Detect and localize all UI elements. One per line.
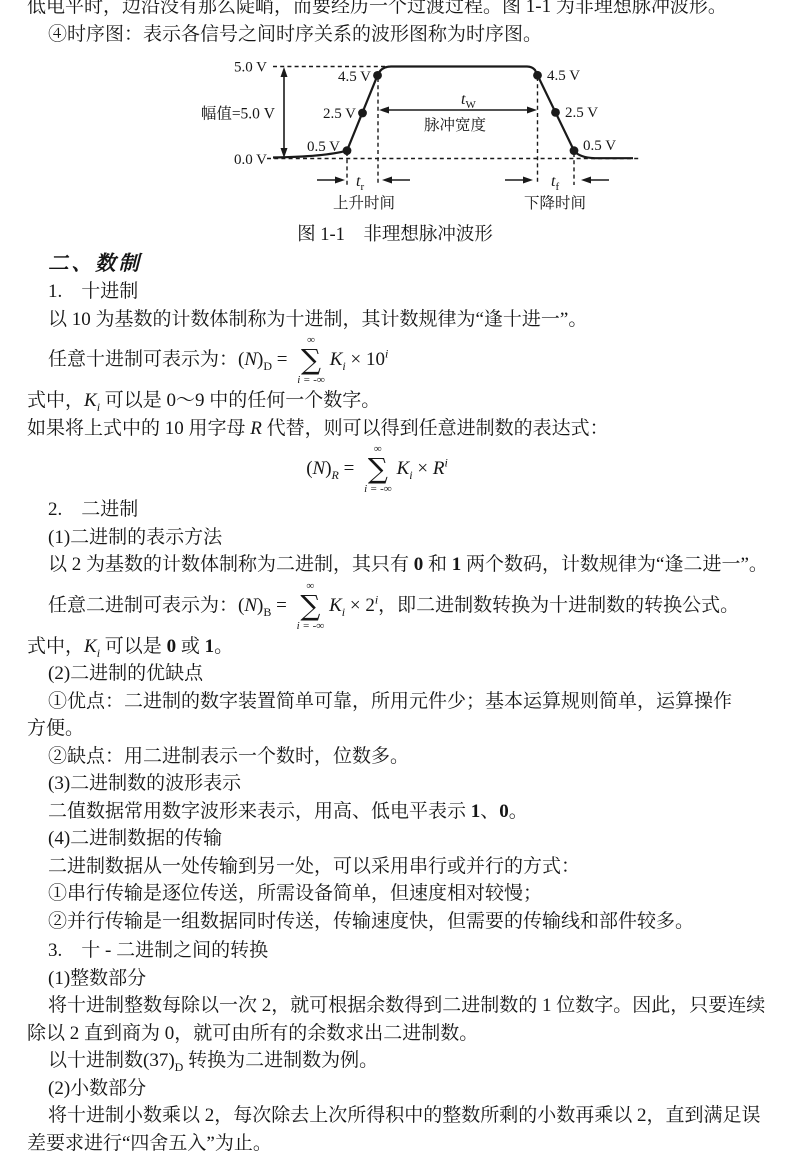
text-fragment: 以 2 为基数的计数体制称为二进制，其只有 bbox=[48, 554, 414, 575]
para-ki-range: 式中，Ki 可以是 0～9 中的任何一个数字。 bbox=[27, 387, 763, 415]
text-fragment: 式中， bbox=[27, 636, 84, 657]
text-fragment: 。 bbox=[509, 801, 528, 822]
sigma-stack: ∞∑i = -∞ bbox=[364, 444, 391, 495]
heading-binary-pros-cons: (2)二进制的优缺点 bbox=[27, 660, 763, 688]
equals-sign: = bbox=[272, 349, 292, 370]
text-fragment: 如果将上式中的 10 用字母 bbox=[27, 418, 250, 439]
sigma-lower-limit: i = -∞ bbox=[364, 483, 391, 495]
fall-dot-45 bbox=[533, 71, 542, 80]
formula-binary: (N)B = ∞∑i = -∞Ki × 2i bbox=[238, 595, 378, 616]
symbol-n: N bbox=[313, 458, 326, 479]
formula-general-line: (N)R = ∞∑i = -∞Ki × Ri bbox=[9, 442, 745, 496]
label-pulse-width: 脉冲宽度 bbox=[424, 116, 486, 134]
rise-dot-45 bbox=[373, 71, 382, 80]
sigma-symbol: ∑ bbox=[368, 455, 388, 483]
para-timing-diagram: ④时序图：表示各信号之间时序关系的波形图称为时序图。 bbox=[27, 21, 763, 49]
para-transmission-intro: 二进制数据从一处传输到另一处，可以采用串行或并行的方式： bbox=[27, 853, 763, 881]
label-tf: tf bbox=[551, 173, 559, 193]
fall-time-arrowhead-right bbox=[581, 177, 591, 184]
para-fraction-2: 差要求进行“四舍五入”为止。 bbox=[27, 1130, 763, 1158]
para-fraction-1: 将十进制小数乘以 2，每次除去上次所得积中的整数所剩的小数再乘以 2，直到满足误 bbox=[27, 1102, 763, 1130]
pulse-width-arrowhead-right bbox=[527, 107, 537, 114]
subscript-base: R bbox=[332, 468, 339, 482]
exponent-i: i bbox=[444, 456, 447, 470]
label-rise-05: 0.5 V bbox=[307, 139, 340, 155]
symbol-n: N bbox=[244, 595, 257, 616]
para-ki-binary: 式中，Ki 可以是 0 或 1。 bbox=[27, 633, 763, 661]
text-fragment: 代替，则可以得到任意进制数的表达式： bbox=[262, 418, 609, 439]
equals-sign: = bbox=[271, 595, 291, 616]
para-advantage-line2: 方便。 bbox=[27, 715, 763, 743]
bold-one: 1 bbox=[471, 801, 481, 822]
text-fragment: 转换为二进制数为例。 bbox=[183, 1050, 378, 1071]
symbol-k: K bbox=[84, 636, 97, 657]
subscript-base: D bbox=[263, 359, 272, 373]
formula-decimal: (N)D = ∞∑i = -∞Ki × 10i bbox=[238, 349, 388, 370]
label-fall-time: 下降时间 bbox=[524, 194, 586, 212]
text-fragment: 可以是 0～9 中的任何一个数字。 bbox=[100, 390, 380, 411]
label-fall-25: 2.5 V bbox=[565, 105, 598, 121]
text-fragment: 、 bbox=[480, 801, 499, 822]
symbol-r: R bbox=[250, 418, 262, 439]
formula-binary-suffix: ，即二进制数转换为十进制数的转换公式。 bbox=[378, 595, 739, 616]
sigma-lower-limit: i = -∞ bbox=[297, 620, 324, 632]
text-fragment: 。 bbox=[214, 636, 233, 657]
symbol-k: K bbox=[329, 595, 342, 616]
heading-binary-representation: (1)二进制的表示方法 bbox=[27, 524, 763, 552]
heading-integer-part: (1)整数部分 bbox=[27, 965, 763, 993]
heading-binary-waveform: (3)二进制数的波形表示 bbox=[27, 770, 763, 798]
sigma-stack: ∞∑i = -∞ bbox=[297, 581, 324, 632]
para-integer-1: 将十进制整数每除以一次 2，就可根据余数得到二进制数的 1 位数字。因此，只要连… bbox=[27, 992, 763, 1020]
heading-conversion: 3. 十 - 二进制之间的转换 bbox=[27, 937, 763, 965]
para-binary-waveform: 二值数据常用数字波形来表示，用高、低电平表示 1、0。 bbox=[27, 798, 763, 826]
radix-base: 2 bbox=[365, 595, 375, 616]
fall-dot-25 bbox=[551, 108, 560, 117]
label-rise-time: 上升时间 bbox=[333, 194, 395, 212]
equals-sign: = bbox=[339, 458, 359, 479]
fall-time-arrowhead-left bbox=[523, 177, 533, 184]
label-rise-25: 2.5 V bbox=[323, 106, 356, 122]
radix-base: 10 bbox=[366, 349, 385, 370]
symbol-n: N bbox=[244, 349, 257, 370]
text-fragment: 或 bbox=[176, 636, 205, 657]
label-rise-45: 4.5 V bbox=[338, 69, 371, 85]
waveform-diagram: 5.0 V 0.0 V 幅值=5.0 V 4.5 V 2.5 V 0.5 V 4… bbox=[27, 54, 790, 216]
para-replace-r: 如果将上式中的 10 用字母 R 代替，则可以得到任意进制数的表达式： bbox=[27, 415, 763, 443]
heading-binary: 2. 二进制 bbox=[27, 496, 763, 524]
text-fragment: 和 bbox=[423, 554, 452, 575]
label-fall-05: 0.5 V bbox=[583, 138, 616, 154]
symbol-k: K bbox=[330, 349, 343, 370]
figure-waveform: 5.0 V 0.0 V 幅值=5.0 V 4.5 V 2.5 V 0.5 V 4… bbox=[27, 54, 763, 216]
sigma-symbol: ∑ bbox=[300, 592, 320, 620]
para-binary-intro: 以 2 为基数的计数体制称为二进制，其只有 0 和 1 两个数码，计数规律为“逢… bbox=[27, 551, 763, 579]
text-fragment: 二值数据常用数字波形来表示，用高、低电平表示 bbox=[48, 801, 471, 822]
heading-fraction-part: (2)小数部分 bbox=[27, 1075, 763, 1103]
radix-base: R bbox=[433, 458, 445, 479]
formula-general: (N)R = ∞∑i = -∞Ki × Ri bbox=[306, 458, 448, 479]
label-tw: tW bbox=[461, 91, 476, 111]
symbol-k: K bbox=[397, 458, 410, 479]
heading-binary-transmission: (4)二进制数据的传输 bbox=[27, 825, 763, 853]
rise-dot-05 bbox=[343, 146, 352, 155]
sigma-lower-limit: i = -∞ bbox=[297, 374, 324, 386]
text-fragment: 以十进制数(37) bbox=[48, 1050, 175, 1071]
symbol-k: K bbox=[84, 390, 97, 411]
rise-dot-25 bbox=[358, 109, 367, 118]
formula-decimal-line: 任意十进制可表示为：(N)D = ∞∑i = -∞Ki × 10i bbox=[27, 333, 763, 387]
para-advantage-line1: ①优点：二进制的数字装置简单可靠，所用元件少；基本运算规则简单，运算操作 bbox=[27, 688, 763, 716]
heading-decimal: 1. 十进制 bbox=[27, 278, 763, 306]
para-serial: ①串行传输是逐位传送，所需设备简单，但速度相对较慢； bbox=[27, 880, 763, 908]
text-fragment: 式中， bbox=[27, 390, 84, 411]
label-0v: 0.0 V bbox=[234, 152, 267, 168]
para-parallel: ②并行传输是一组数据同时传送，传输速度快，但需要的传输线和部件较多。 bbox=[27, 908, 763, 936]
sigma-stack: ∞∑i = -∞ bbox=[297, 335, 324, 386]
times-sign: × bbox=[413, 458, 433, 479]
label-amplitude: 幅值=5.0 V bbox=[201, 105, 276, 123]
rise-time-arrowhead-right bbox=[382, 177, 392, 184]
times-sign: × bbox=[345, 595, 365, 616]
exponent-i: i bbox=[385, 347, 388, 361]
para-decimal-intro: 以 10 为基数的计数体制称为十进制，其计数规律为“逢十进一”。 bbox=[27, 306, 763, 334]
para-example-37: 以十进制数(37)D 转换为二进制数为例。 bbox=[27, 1047, 763, 1075]
fall-dot-05 bbox=[570, 146, 579, 155]
heading-section-2: 二、数制 bbox=[27, 250, 763, 279]
bold-one: 1 bbox=[452, 554, 462, 575]
bold-one: 1 bbox=[205, 636, 215, 657]
label-tr: tr bbox=[356, 173, 364, 193]
formula-decimal-prefix: 任意十进制可表示为： bbox=[48, 349, 238, 370]
para-intro-clipped: 低电平时，边沿没有那么陡峭，而要经历一个过渡过程。图 1-1 为非理想脉冲波形。 bbox=[27, 0, 763, 21]
bold-zero: 0 bbox=[499, 801, 509, 822]
figure-caption: 图 1-1 非理想脉冲波形 bbox=[27, 222, 763, 250]
label-fall-45: 4.5 V bbox=[547, 68, 580, 84]
text-fragment: 可以是 bbox=[100, 636, 167, 657]
amplitude-arrowhead-up bbox=[281, 67, 288, 77]
rise-time-arrowhead-left bbox=[335, 177, 345, 184]
times-sign: × bbox=[346, 349, 366, 370]
bold-zero: 0 bbox=[167, 636, 177, 657]
formula-binary-prefix: 任意二进制可表示为： bbox=[48, 595, 238, 616]
bold-zero: 0 bbox=[414, 554, 424, 575]
document-page: 低电平时，边沿没有那么陡峭，而要经历一个过渡过程。图 1-1 为非理想脉冲波形。… bbox=[0, 0, 790, 1163]
para-disadvantage: ②缺点：用二进制表示一个数时，位数多。 bbox=[27, 743, 763, 771]
label-5v: 5.0 V bbox=[234, 60, 267, 76]
para-integer-2: 除以 2 直到商为 0，就可由所有的余数求出二进制数。 bbox=[27, 1020, 763, 1048]
pulse-width-arrowhead-left bbox=[379, 107, 389, 114]
sigma-symbol: ∑ bbox=[301, 346, 321, 374]
text-fragment: 两个数码，计数规律为“逢二进一”。 bbox=[461, 554, 768, 575]
formula-binary-line: 任意二进制可表示为：(N)B = ∞∑i = -∞Ki × 2i，即二进制数转换… bbox=[27, 579, 763, 633]
